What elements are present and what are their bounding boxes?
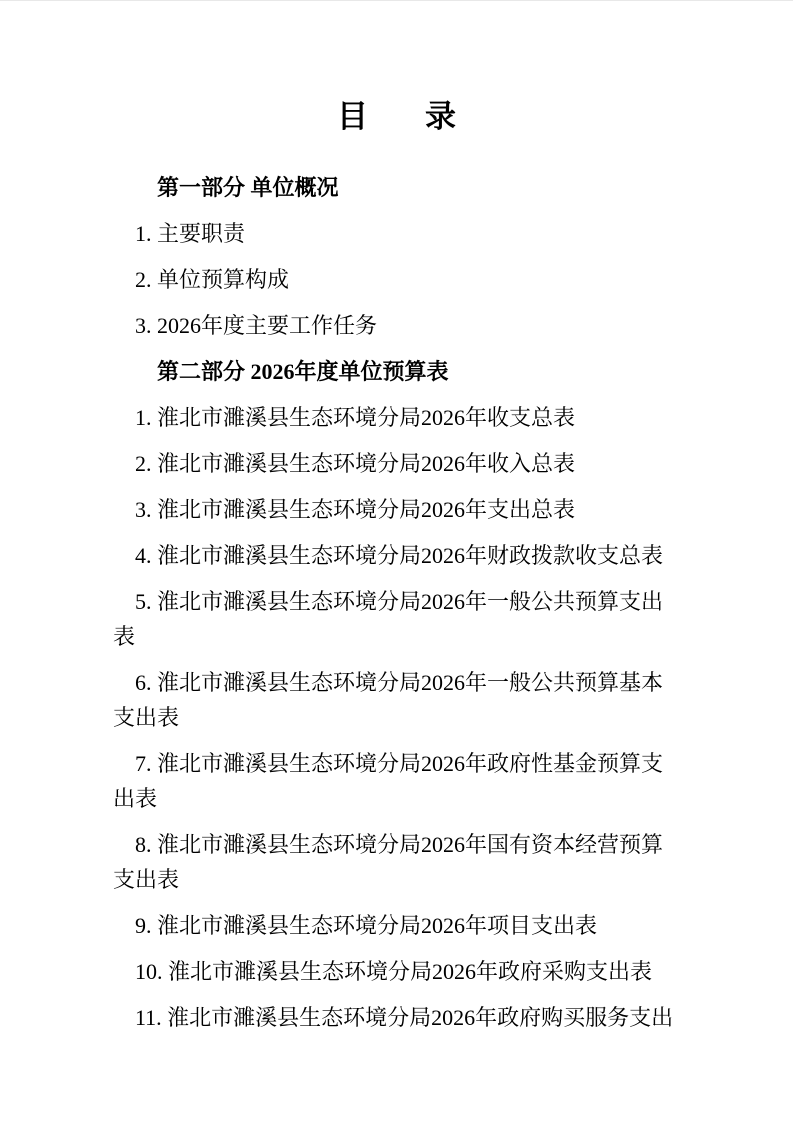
toc-item-part2-2: 2. 淮北市濉溪县生态环境分局2026年收入总表 <box>113 446 683 481</box>
toc-item-part2-10: 10. 淮北市濉溪县生态环境分局2026年政府采购支出表 <box>113 954 683 989</box>
page-title-char-left: 目 <box>337 100 368 134</box>
toc-item-part1-3: 3. 2026年度主要工作任务 <box>113 308 683 343</box>
toc-item-part2-9: 9. 淮北市濉溪县生态环境分局2026年项目支出表 <box>113 908 683 943</box>
toc-item-part2-3: 3. 淮北市濉溪县生态环境分局2026年支出总表 <box>113 492 683 527</box>
section-heading-part1: 第一部分 单位概况 <box>113 170 683 205</box>
toc-item-part1-1: 1. 主要职责 <box>113 216 683 251</box>
toc-item-part2-5: 5. 淮北市濉溪县生态环境分局2026年一般公共预算支出表 <box>113 584 683 654</box>
toc-item-part2-11: 11. 淮北市濉溪县生态环境分局2026年政府购买服务支出 <box>113 1000 683 1035</box>
toc-item-part2-1: 1. 淮北市濉溪县生态环境分局2026年收支总表 <box>113 400 683 435</box>
section-heading-part2: 第二部分 2026年度单位预算表 <box>113 354 683 389</box>
toc-item-part2-7: 7. 淮北市濉溪县生态环境分局2026年政府性基金预算支出表 <box>113 746 683 816</box>
page-title-char-right: 录 <box>425 100 456 134</box>
document-page: 目 录 第一部分 单位概况 1. 主要职责 2. 单位预算构成 3. 2026年… <box>0 0 793 1122</box>
toc-item-part1-2: 2. 单位预算构成 <box>113 262 683 297</box>
toc-item-part2-4: 4. 淮北市濉溪县生态环境分局2026年财政拨款收支总表 <box>113 538 683 573</box>
toc-item-part2-6: 6. 淮北市濉溪县生态环境分局2026年一般公共预算基本支出表 <box>113 665 683 735</box>
toc-content: 第一部分 单位概况 1. 主要职责 2. 单位预算构成 3. 2026年度主要工… <box>0 170 793 1035</box>
page-title: 目 录 <box>0 100 793 134</box>
toc-item-part2-8: 8. 淮北市濉溪县生态环境分局2026年国有资本经营预算支出表 <box>113 827 683 897</box>
